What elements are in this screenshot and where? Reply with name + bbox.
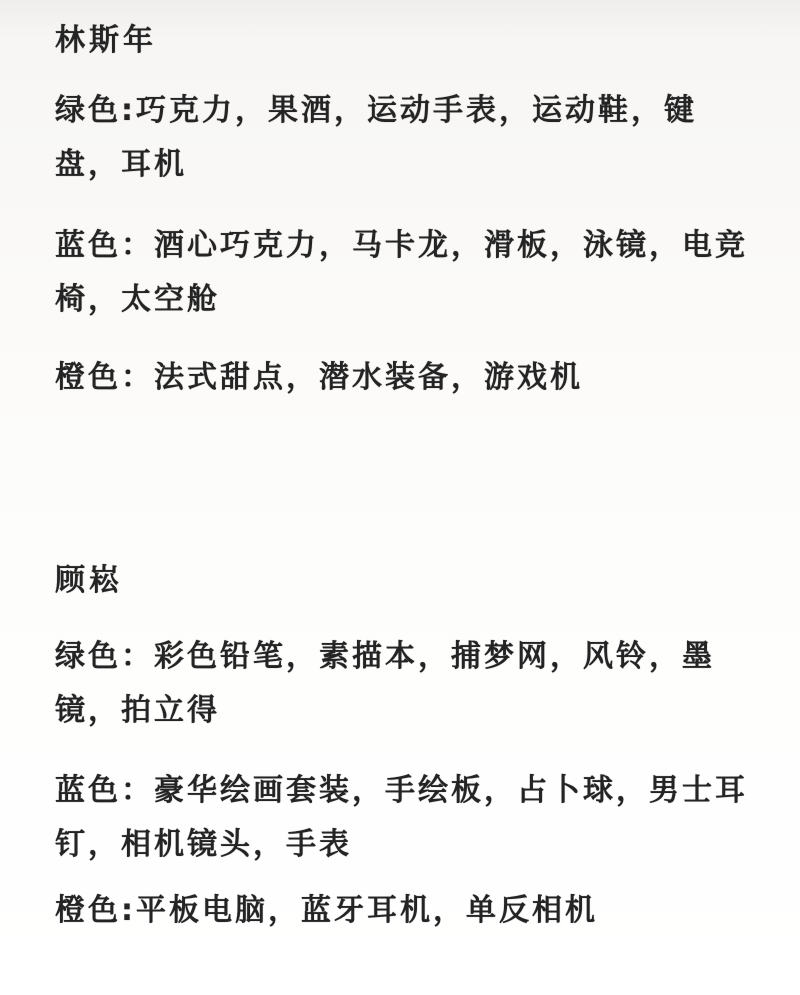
- person-2-blue-line-2: 钉，相机镜头，手表: [55, 818, 760, 872]
- person-2-green-list: 绿色：彩色铅笔，素描本，捕梦网，风铃，墨 镜，拍立得: [55, 630, 760, 738]
- person-1-orange-list: 橙色：法式甜点，潜水装备，游戏机: [55, 351, 760, 405]
- person-2-blue-line-1: 蓝色：豪华绘画套装，手绘板，占卜球，男士耳: [55, 764, 760, 818]
- person-1-blue-line-1: 蓝色：酒心巧克力，马卡龙，滑板，泳镜，电竞: [55, 219, 760, 273]
- person-1-green-list: 绿色:巧克力，果酒，运动手表，运动鞋，键 盘，耳机: [55, 84, 760, 192]
- person-1-orange-line-1: 橙色：法式甜点，潜水装备，游戏机: [55, 351, 760, 405]
- person-1-blue-line-2: 椅，太空舱: [55, 273, 760, 327]
- notes-page: 林斯年 绿色:巧克力，果酒，运动手表，运动鞋，键 盘，耳机 蓝色：酒心巧克力，马…: [0, 0, 800, 995]
- person-1-green-line-1: 绿色:巧克力，果酒，运动手表，运动鞋，键: [55, 84, 760, 138]
- person-2-green-line-2: 镜，拍立得: [55, 684, 760, 738]
- person-2-green-line-1: 绿色：彩色铅笔，素描本，捕梦网，风铃，墨: [55, 630, 760, 684]
- person-2-name: 顾崧: [55, 554, 760, 608]
- person-2-orange-line-1: 橙色:平板电脑，蓝牙耳机，单反相机: [55, 884, 760, 938]
- person-2-orange-list: 橙色:平板电脑，蓝牙耳机，单反相机: [55, 884, 760, 938]
- person-1-name: 林斯年: [55, 14, 760, 68]
- person-1-blue-list: 蓝色：酒心巧克力，马卡龙，滑板，泳镜，电竞 椅，太空舱: [55, 219, 760, 327]
- person-2-blue-list: 蓝色：豪华绘画套装，手绘板，占卜球，男士耳 钉，相机镜头，手表: [55, 764, 760, 872]
- person-1-green-line-2: 盘，耳机: [55, 138, 760, 192]
